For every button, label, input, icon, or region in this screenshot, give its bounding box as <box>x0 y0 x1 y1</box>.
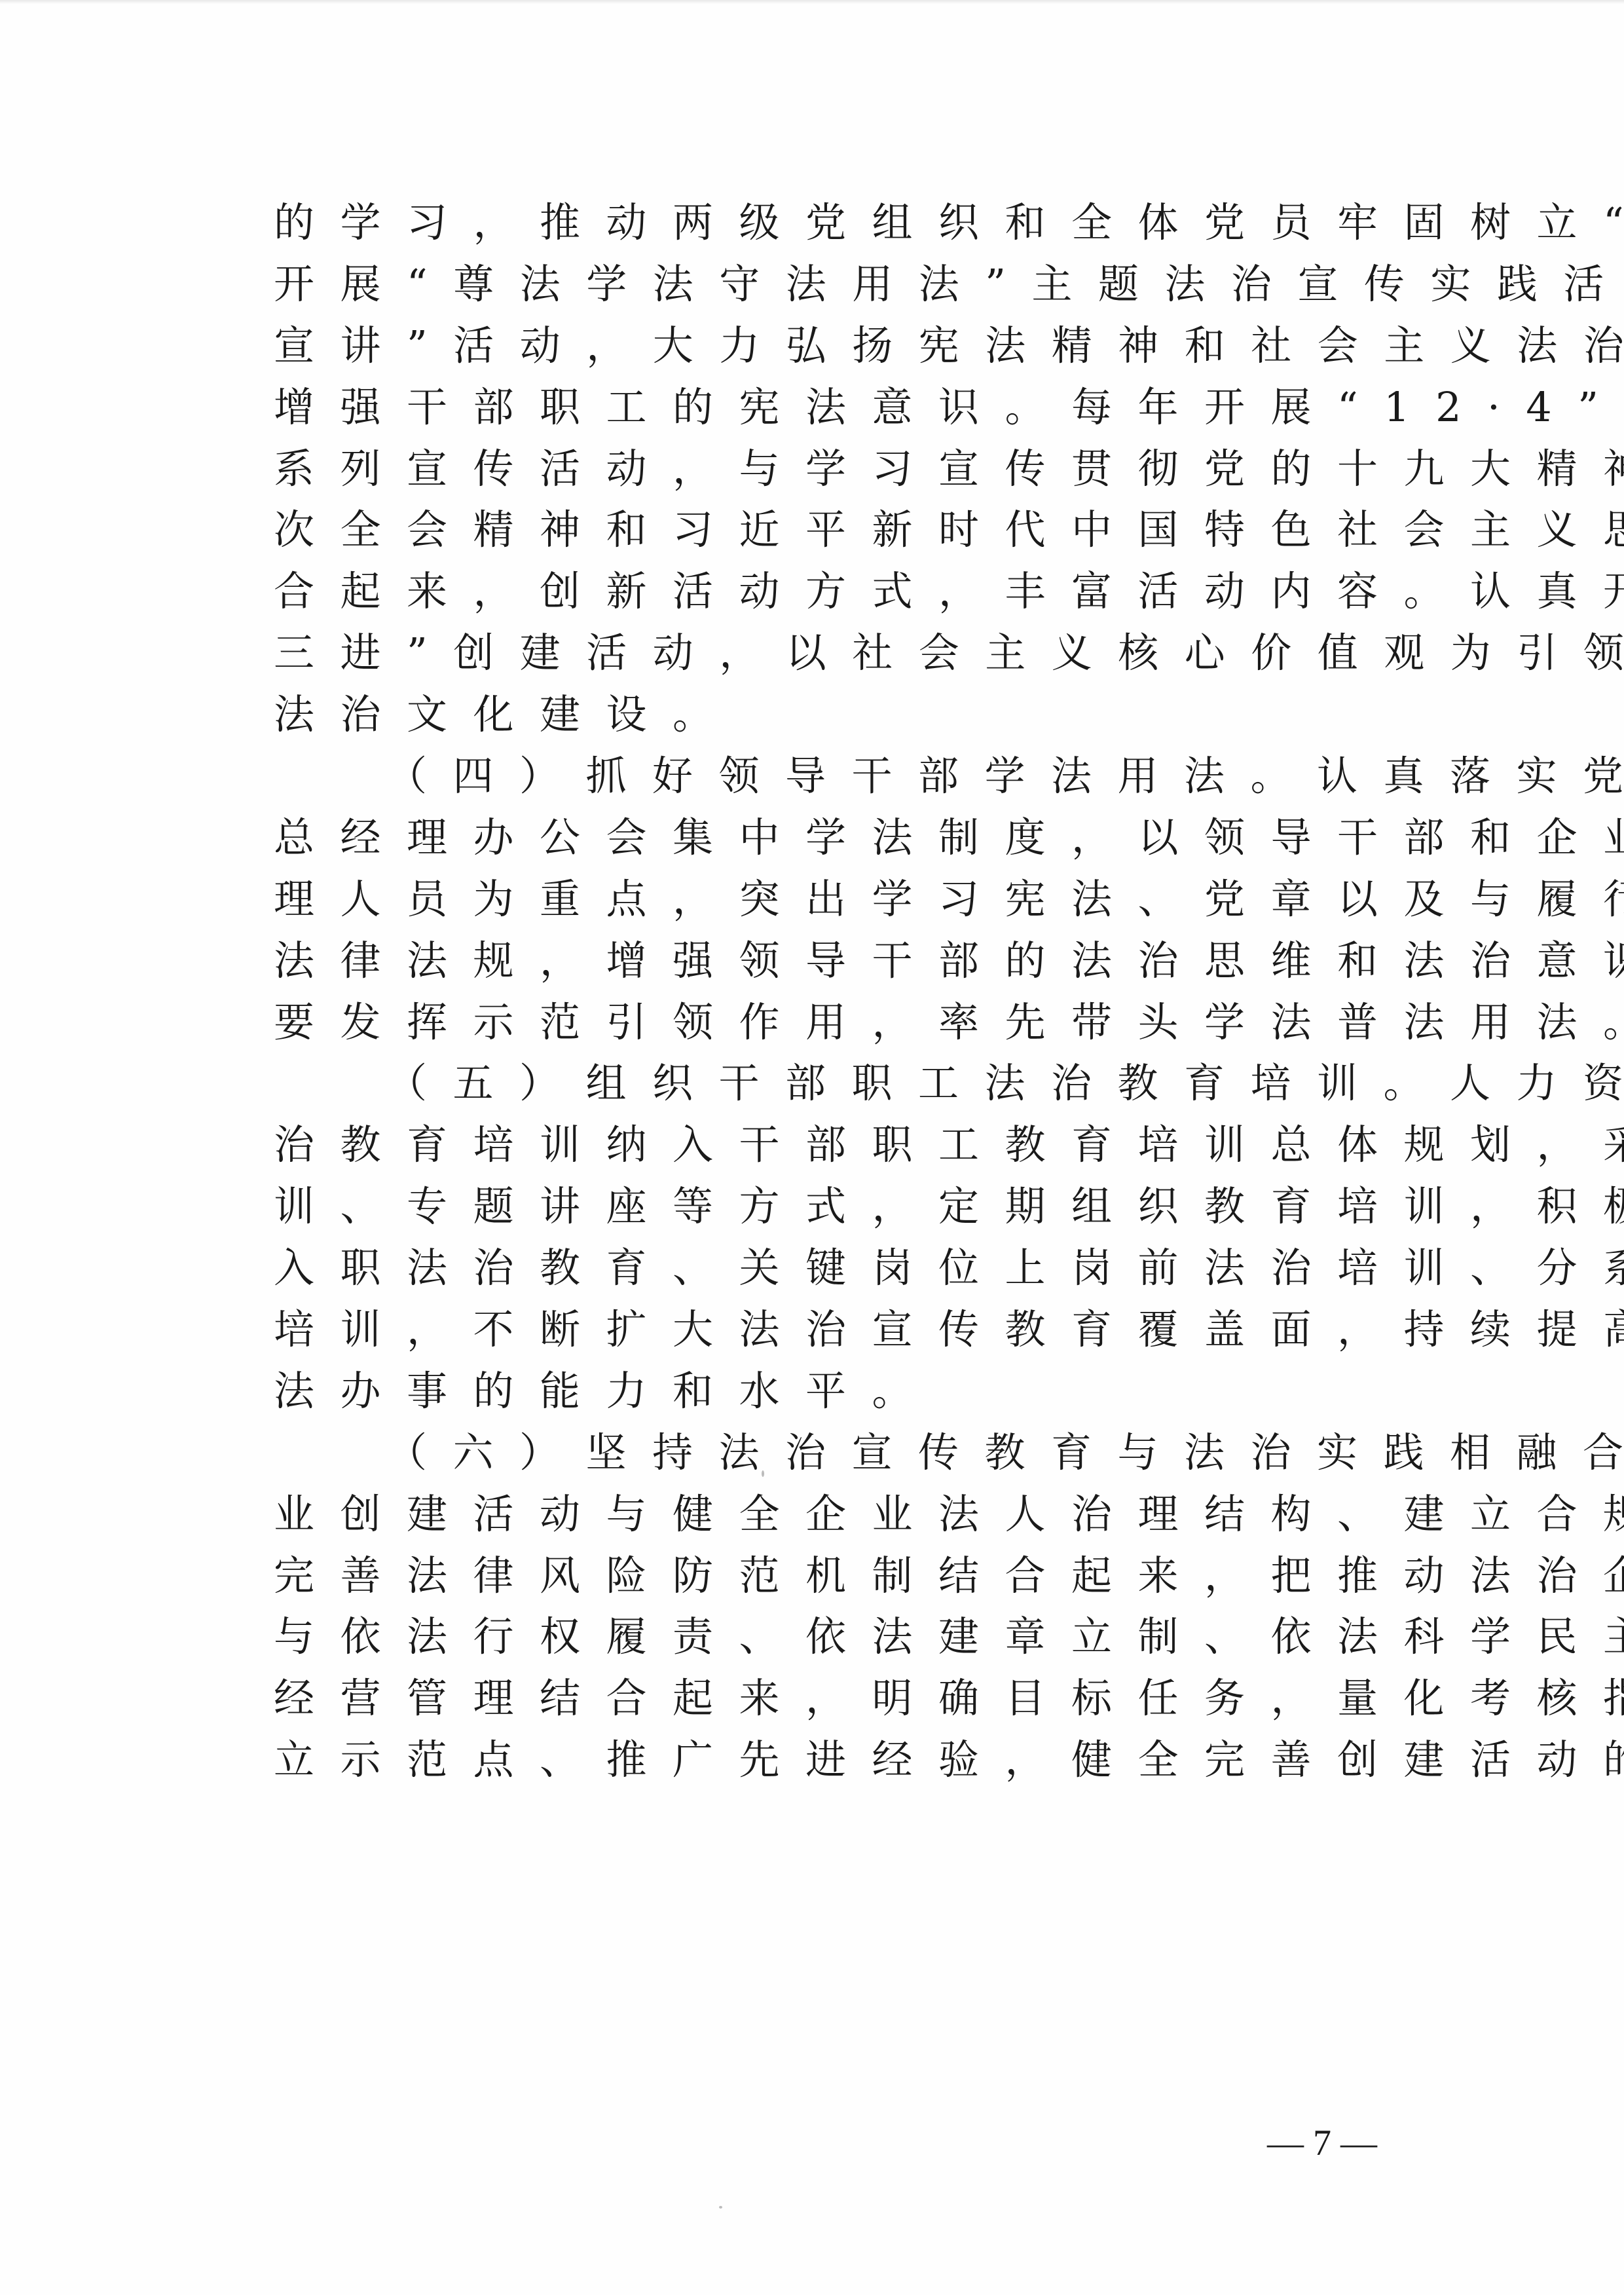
text-line: 训、专题讲座等方式，定期组织教育培训，积极开展新职工 <box>274 1180 1426 1242</box>
text-line: 开展“尊法学法守法用法”主题法治宣传实践活动和“宪法 <box>274 258 1426 320</box>
text-line: 立示范点、推广先进经验，健全完善创建活动的长效机制。 <box>274 1734 1426 1795</box>
text-line: 增强干部职工的宪法意识。每年开展“12·4”国家宪法日 <box>274 381 1426 443</box>
scan-top-edge <box>0 0 1624 4</box>
text-line: 与依法行权履责、依法建章立制、依法科学民主决策、依法 <box>274 1611 1426 1672</box>
text-line: 次全会精神和习近平新时代中国特色社会主义思想有机结 <box>274 504 1426 565</box>
text-line: 要发挥示范引领作用，率先带头学法普法用法。 <box>274 996 1426 1058</box>
text-line: 宣讲”活动，大力弘扬宪法精神和社会主义法治精神，不断 <box>274 320 1426 381</box>
text-line: 治教育培训纳入干部职工教育培训总体规划，采取以会代 <box>274 1119 1426 1180</box>
scan-speck <box>762 1470 764 1477</box>
text-line: 总经理办公会集中学法制度，以领导干部和企业中层以上管 <box>274 812 1426 873</box>
text-line: 理人员为重点，突出学习宪法、党章以及与履行职责相关的 <box>274 873 1426 935</box>
text-line: 法治文化建设。 <box>274 688 1426 750</box>
document-page: 的学习，推动两级党组织和全体党员牢固树立“四个意识”。 开展“尊法学法守法用法”… <box>0 0 1624 2295</box>
text-line: 三进”创建活动，以社会主义核心价值观为引领，积极推进 <box>274 627 1426 688</box>
section-heading-line: （五）组织干部职工法治教育培训。人力资源部要把法 <box>274 1057 1426 1119</box>
text-line: 的学习，推动两级党组织和全体党员牢固树立“四个意识”。 <box>274 196 1426 258</box>
body-text: 的学习，推动两级党组织和全体党员牢固树立“四个意识”。 开展“尊法学法守法用法”… <box>274 196 1426 1795</box>
page-number: — 7 — <box>1267 2122 1377 2164</box>
text-line: 入职法治教育、关键岗位上岗前法治培训、分系统日常法治 <box>274 1242 1426 1303</box>
text-line: 法办事的能力和水平。 <box>274 1365 1426 1427</box>
section-heading-line: （四）抓好领导干部学法用法。认真落实党委中心组、 <box>274 750 1426 812</box>
scan-speck <box>719 2206 722 2209</box>
text-line: 经营管理结合起来，明确目标任务，量化考核指标，通过树 <box>274 1672 1426 1734</box>
text-line: 完善法律风险防范机制结合起来，把推动法治企业实践活动 <box>274 1550 1426 1611</box>
text-line: 合起来，创新活动方式，丰富活动内容。认真开展好“法律 <box>274 565 1426 627</box>
section-heading-line: （六）坚持法治宣传教育与法治实践相融合。把法治企 <box>274 1427 1426 1488</box>
text-line: 业创建活动与健全企业法人治理结构、建立合规管理体系、 <box>274 1488 1426 1550</box>
text-line: 系列宣传活动，与学习宣传贯彻党的十九大精神、十九届历 <box>274 443 1426 504</box>
text-line: 法律法规，增强领导干部的法治思维和法治意识。领导干部 <box>274 935 1426 996</box>
text-line: 培训，不断扩大法治宣传教育覆盖面，持续提高干部职工依 <box>274 1303 1426 1365</box>
